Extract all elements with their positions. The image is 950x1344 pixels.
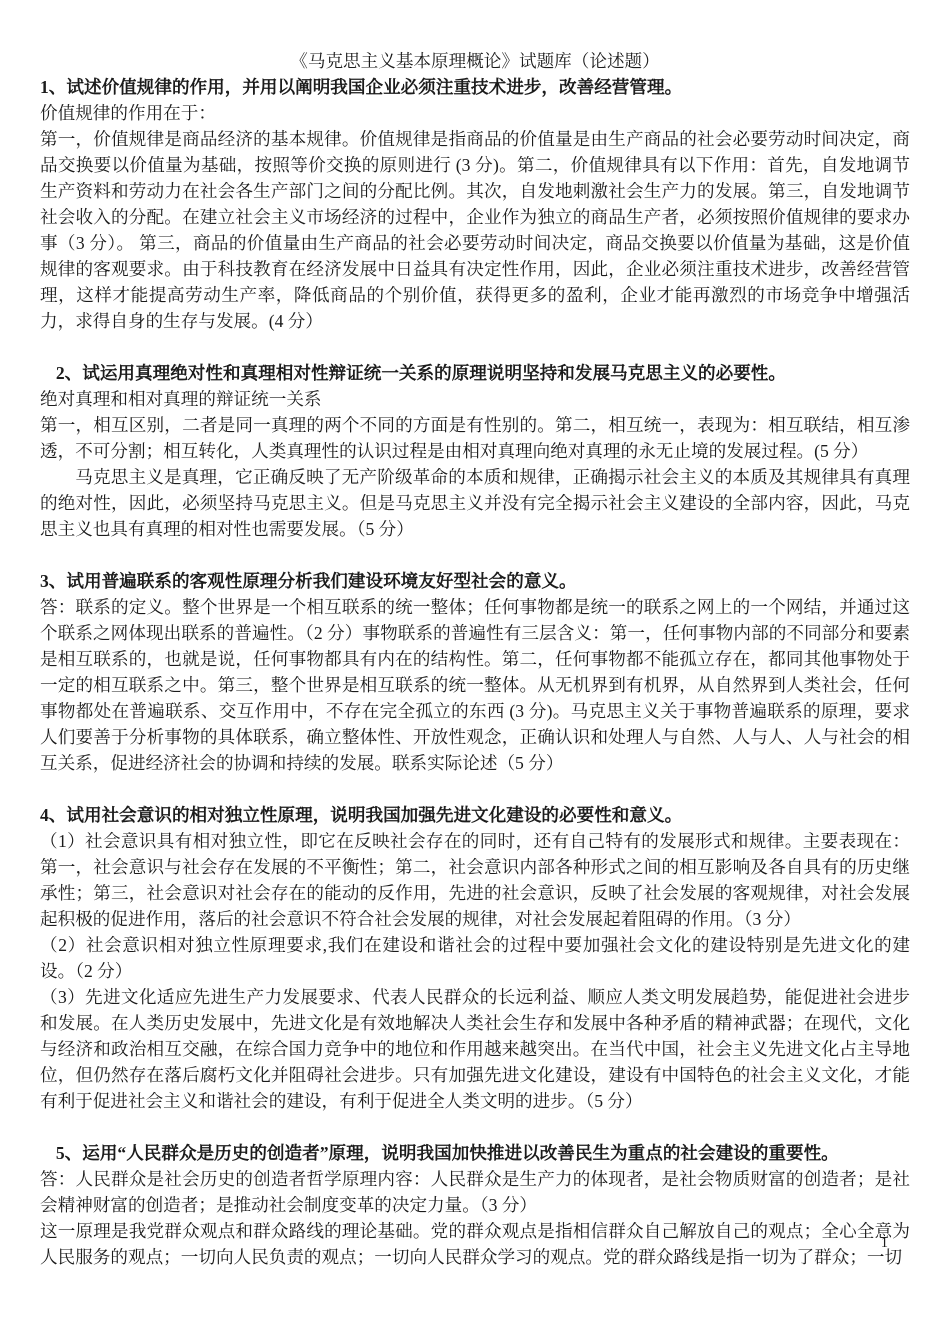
question-block-3: 3、试用普遍联系的客观性原理分析我们建设环境友好型社会的意义。 答：联系的定义。… xyxy=(40,568,910,776)
question-block-5: 5、运用“人民群众是历史的创造者”原理，说明我国加快推进以改善民生为重点的社会建… xyxy=(40,1140,910,1270)
blank-line xyxy=(40,1114,910,1140)
question-4-paragraph: （3）先进文化适应先进生产力发展要求、代表人民群众的长远利益、顺应人类文明发展趋… xyxy=(40,984,910,1114)
question-2-paragraph: 马克思主义是真理，它正确反映了无产阶级革命的本质和规律，正确揭示社会主义的本质及… xyxy=(40,464,910,542)
question-block-1: 1、试述价值规律的作用，并用以阐明我国企业必须注重技术进步，改善经营管理。 价值… xyxy=(40,74,910,334)
question-1-paragraph: 第一，价值规律是商品经济的基本规律。价值规律是指商品的价值量是由生产商品的社会必… xyxy=(40,126,910,334)
question-4-paragraph: （2）社会意识相对独立性原理要求,我们在建设和谐社会的过程中要加强社会文化的建设… xyxy=(40,932,910,984)
question-2-paragraph: 第一，相互区别，二者是同一真理的两个不同的方面是有性别的。第二，相互统一，表现为… xyxy=(40,412,910,464)
question-block-4: 4、试用社会意识的相对独立性原理，说明我国加强先进文化建设的必要性和意义。 （1… xyxy=(40,802,910,1114)
question-1-heading: 1、试述价值规律的作用，并用以阐明我国企业必须注重技术进步，改善经营管理。 xyxy=(40,74,910,100)
blank-line xyxy=(40,776,910,802)
question-1-paragraph: 价值规律的作用在于： xyxy=(40,100,910,126)
question-5-heading: 5、运用“人民群众是历史的创造者”原理，说明我国加快推进以改善民生为重点的社会建… xyxy=(40,1140,910,1166)
question-3-heading: 3、试用普遍联系的客观性原理分析我们建设环境友好型社会的意义。 xyxy=(40,568,910,594)
question-block-2: 2、试运用真理绝对性和真理相对性辩证统一关系的原理说明坚持和发展马克思主义的必要… xyxy=(40,360,910,542)
blank-line xyxy=(40,542,910,568)
question-5-paragraph: 这一原理是我党群众观点和群众路线的理论基础。党的群众观点是指相信群众自己解放自己… xyxy=(40,1218,910,1270)
page-number: 1 xyxy=(881,1230,888,1256)
question-4-heading: 4、试用社会意识的相对独立性原理，说明我国加强先进文化建设的必要性和意义。 xyxy=(40,802,910,828)
question-4-paragraph: （1）社会意识具有相对独立性，即它在反映社会存在的同时，还有自己特有的发展形式和… xyxy=(40,828,910,932)
question-2-heading: 2、试运用真理绝对性和真理相对性辩证统一关系的原理说明坚持和发展马克思主义的必要… xyxy=(40,360,910,386)
question-5-paragraph: 答：人民群众是社会历史的创造者哲学原理内容：人民群众是生产力的体现者，是社会物质… xyxy=(40,1166,910,1218)
document-title: 《马克思主义基本原理概论》试题库（论述题） xyxy=(40,48,910,74)
blank-line xyxy=(40,334,910,360)
question-3-paragraph: 答：联系的定义。整个世界是一个相互联系的统一整体；任何事物都是统一的联系之网上的… xyxy=(40,594,910,776)
document-page: 《马克思主义基本原理概论》试题库（论述题） 1、试述价值规律的作用，并用以阐明我… xyxy=(0,0,950,1344)
question-2-paragraph: 绝对真理和相对真理的辩证统一关系 xyxy=(40,386,910,412)
